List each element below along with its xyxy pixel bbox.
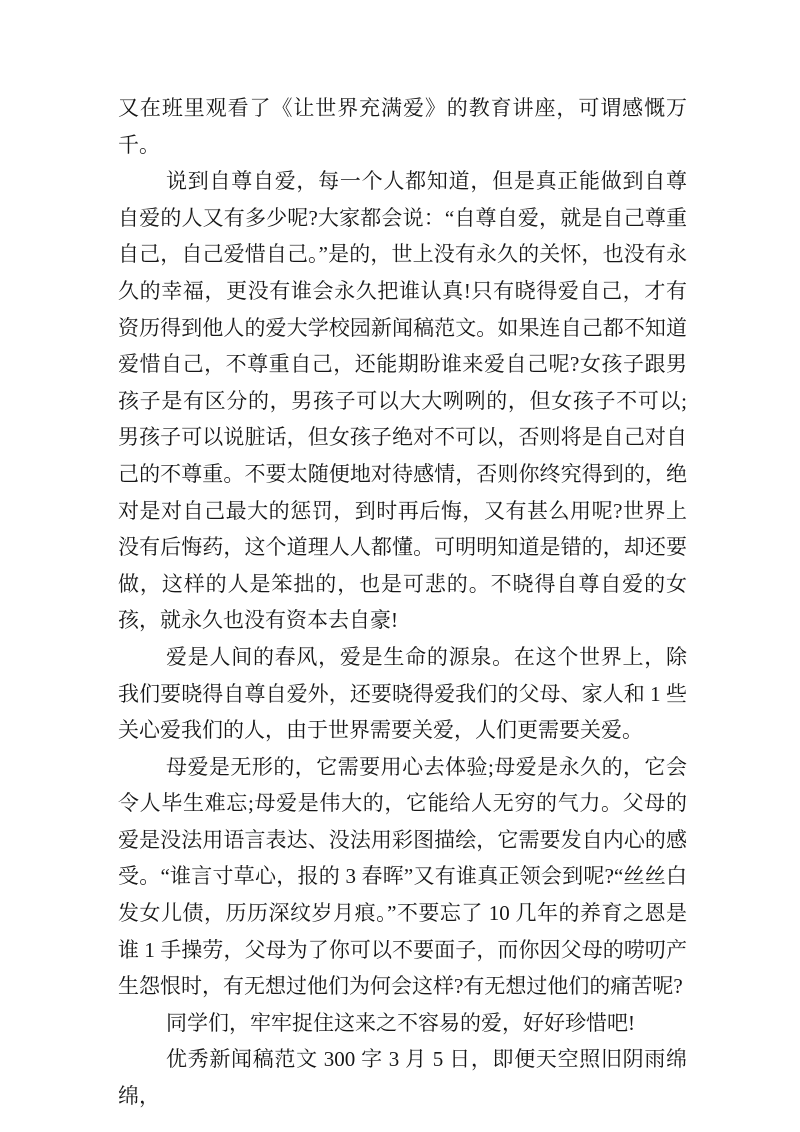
paragraph-5: 同学们，牢牢捉住这来之不容易的爱，好好珍惜吧! (118, 1005, 687, 1042)
paragraph-2: 说到自尊自爱，每一个人都知道，但是真正能做到自尊自爱的人又有多少呢?大家都会说：… (118, 163, 687, 639)
paragraph-3: 爱是人间的春风，爱是生命的源泉。在这个世界上，除我们要晓得自尊自爱外，还要晓得爱… (118, 639, 687, 749)
paragraph-4: 母爱是无形的，它需要用心去体验;母爱是永久的，它会令人毕生难忘;母爱是伟大的，它… (118, 749, 687, 1005)
paragraph-1: 又在班里观看了《让世界充满爱》的教育讲座，可谓感慨万千。 (118, 90, 687, 163)
document-page: 又在班里观看了《让世界充满爱》的教育讲座，可谓感慨万千。 说到自尊自爱，每一个人… (0, 0, 800, 1132)
paragraph-6: 优秀新闻稿范文 300 字 3 月 5 日，即便天空照旧阴雨绵绵， (118, 1041, 687, 1114)
